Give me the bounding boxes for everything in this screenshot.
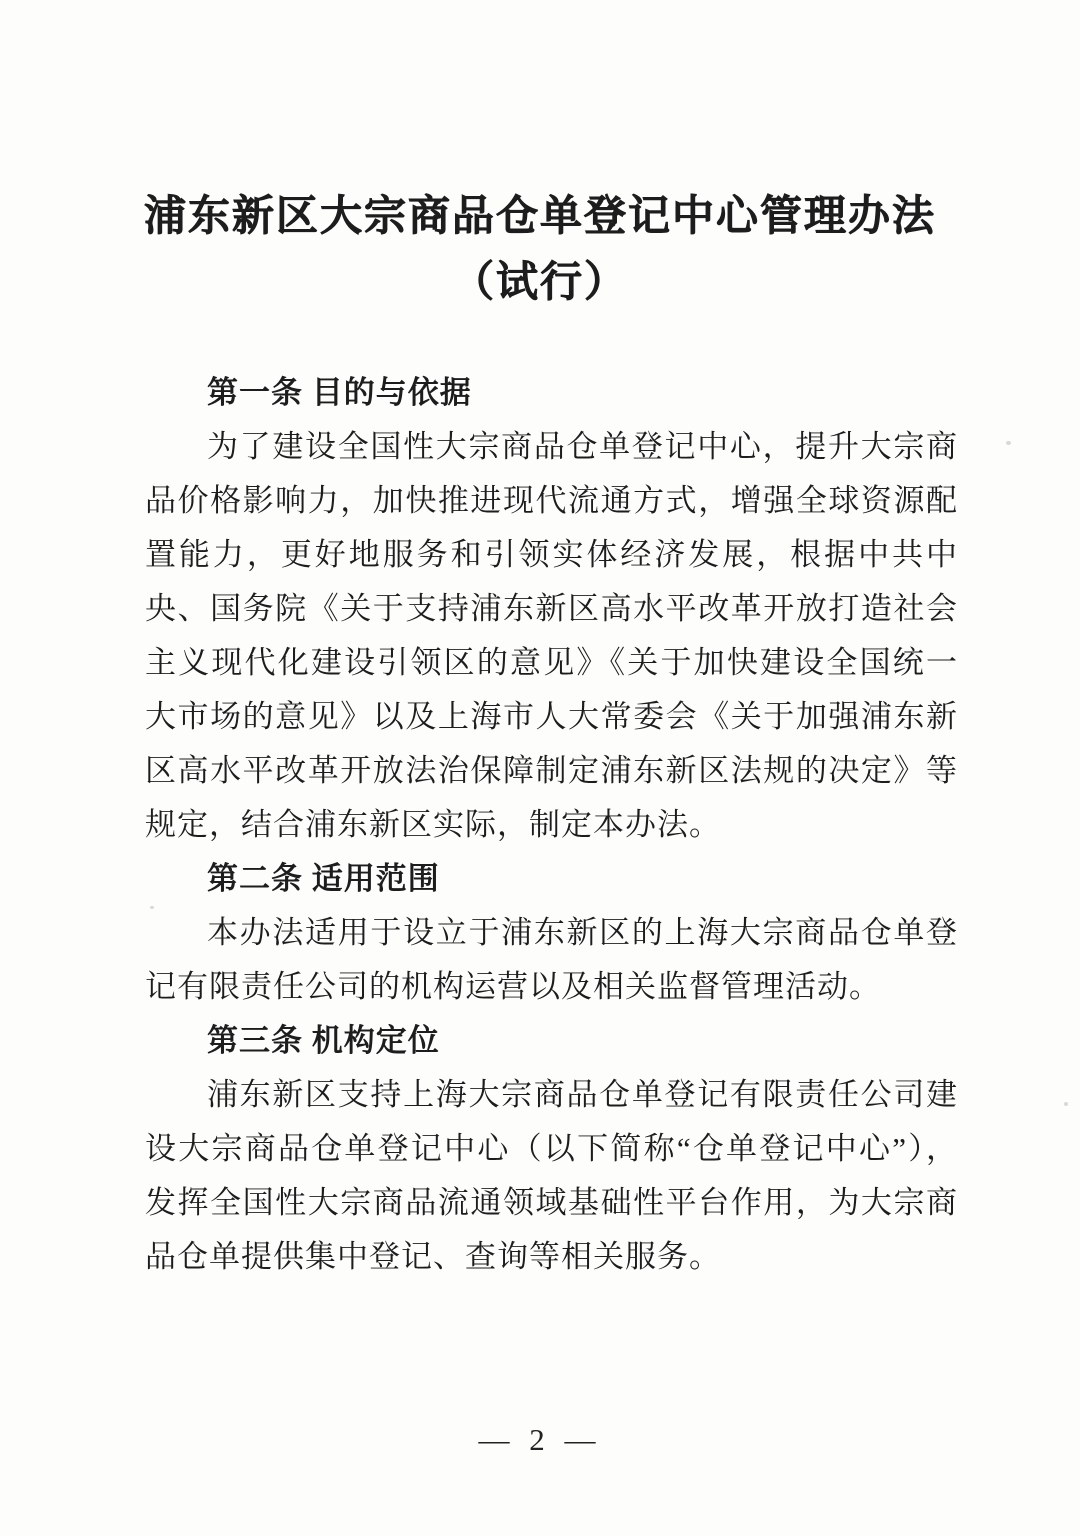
scan-speck	[1064, 1102, 1068, 1106]
document-title-line1: 浦东新区大宗商品仓单登记中心管理办法	[75, 184, 1005, 250]
article-3-paragraph: 浦东新区支持上海大宗商品仓单登记有限责任公司建设大宗商品仓单登记中心（以下简称“…	[145, 1068, 958, 1284]
scan-speck	[150, 906, 154, 909]
document-body: 第一条 目的与依据 为了建设全国性大宗商品仓单登记中心，提升大宗商品价格影响力，…	[145, 366, 958, 1284]
scan-speck	[1006, 441, 1011, 445]
article-2-heading: 第二条 适用范围	[145, 852, 958, 906]
document-title: 浦东新区大宗商品仓单登记中心管理办法 （试行）	[75, 184, 1005, 316]
page-number: — 2 —	[0, 1422, 1080, 1458]
article-1-paragraph: 为了建设全国性大宗商品仓单登记中心，提升大宗商品价格影响力，加快推进现代流通方式…	[145, 420, 958, 852]
article-3-heading: 第三条 机构定位	[145, 1014, 958, 1068]
document-page: 浦东新区大宗商品仓单登记中心管理办法 （试行） 第一条 目的与依据 为了建设全国…	[0, 0, 1080, 1536]
article-2-paragraph: 本办法适用于设立于浦东新区的上海大宗商品仓单登记有限责任公司的机构运营以及相关监…	[145, 906, 958, 1014]
document-title-line2: （试行）	[75, 250, 1005, 316]
article-1-heading: 第一条 目的与依据	[145, 366, 958, 420]
